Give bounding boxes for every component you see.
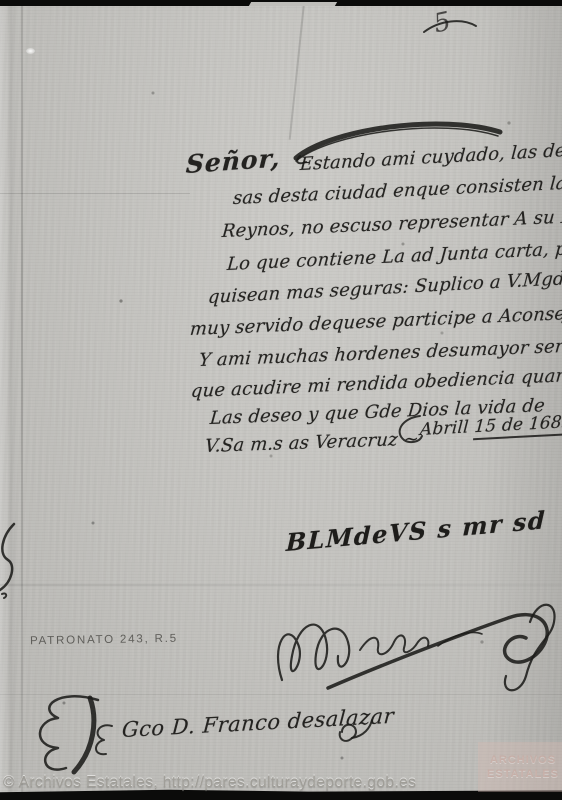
manuscript-line: Lo que contiene La ad Junta carta, para xyxy=(226,237,562,275)
corner-logo-line1: ARCHIVOS xyxy=(490,754,556,766)
manuscript-line: Y ami muchas hordenes desumayor servicio xyxy=(198,334,562,371)
scan-edge-notch xyxy=(249,2,337,6)
manuscript-line: V.Sa m.s as Veracruz ~ xyxy=(204,428,420,457)
archive-stamp: PATRONATO 243, R.5 xyxy=(30,633,178,648)
docket-initial-flourish-icon xyxy=(28,692,123,780)
letter-salutation: Señor, xyxy=(185,143,281,179)
manuscript-line: muy servido dequese participe a Aconsejo xyxy=(189,303,562,341)
date-prefix: Abrill xyxy=(419,417,475,440)
manuscript-line: Reynos, no escuso representar A su Magd xyxy=(221,205,562,243)
horizontal-crease xyxy=(0,193,190,194)
courtesy-formula: BLMdeVS s mr sd xyxy=(285,505,546,557)
manuscript-line: sas desta ciudad enque consisten las de … xyxy=(232,169,562,209)
folio-mark-swash-icon xyxy=(420,12,480,42)
paper-fleck xyxy=(26,48,35,54)
date-underlined: 15 de 1683 xyxy=(473,412,562,440)
flourished-rubric-signature-icon xyxy=(268,592,560,697)
corner-logo-line2: ESTATALES xyxy=(487,768,559,780)
manuscript-scan-page: 5 Señor, Estando ami cuydado, las defen … xyxy=(0,0,562,800)
docket-trailing-swash-icon xyxy=(336,714,376,744)
horizontal-fold-crease xyxy=(0,584,562,586)
margin-ink-fragment-icon xyxy=(0,520,22,600)
archive-watermark-text: © Archivos Estatales, http://pares.cultu… xyxy=(3,774,416,792)
archive-corner-logo: ARCHIVOS ESTATALES xyxy=(478,742,562,792)
vertical-fold-crease xyxy=(21,0,23,800)
